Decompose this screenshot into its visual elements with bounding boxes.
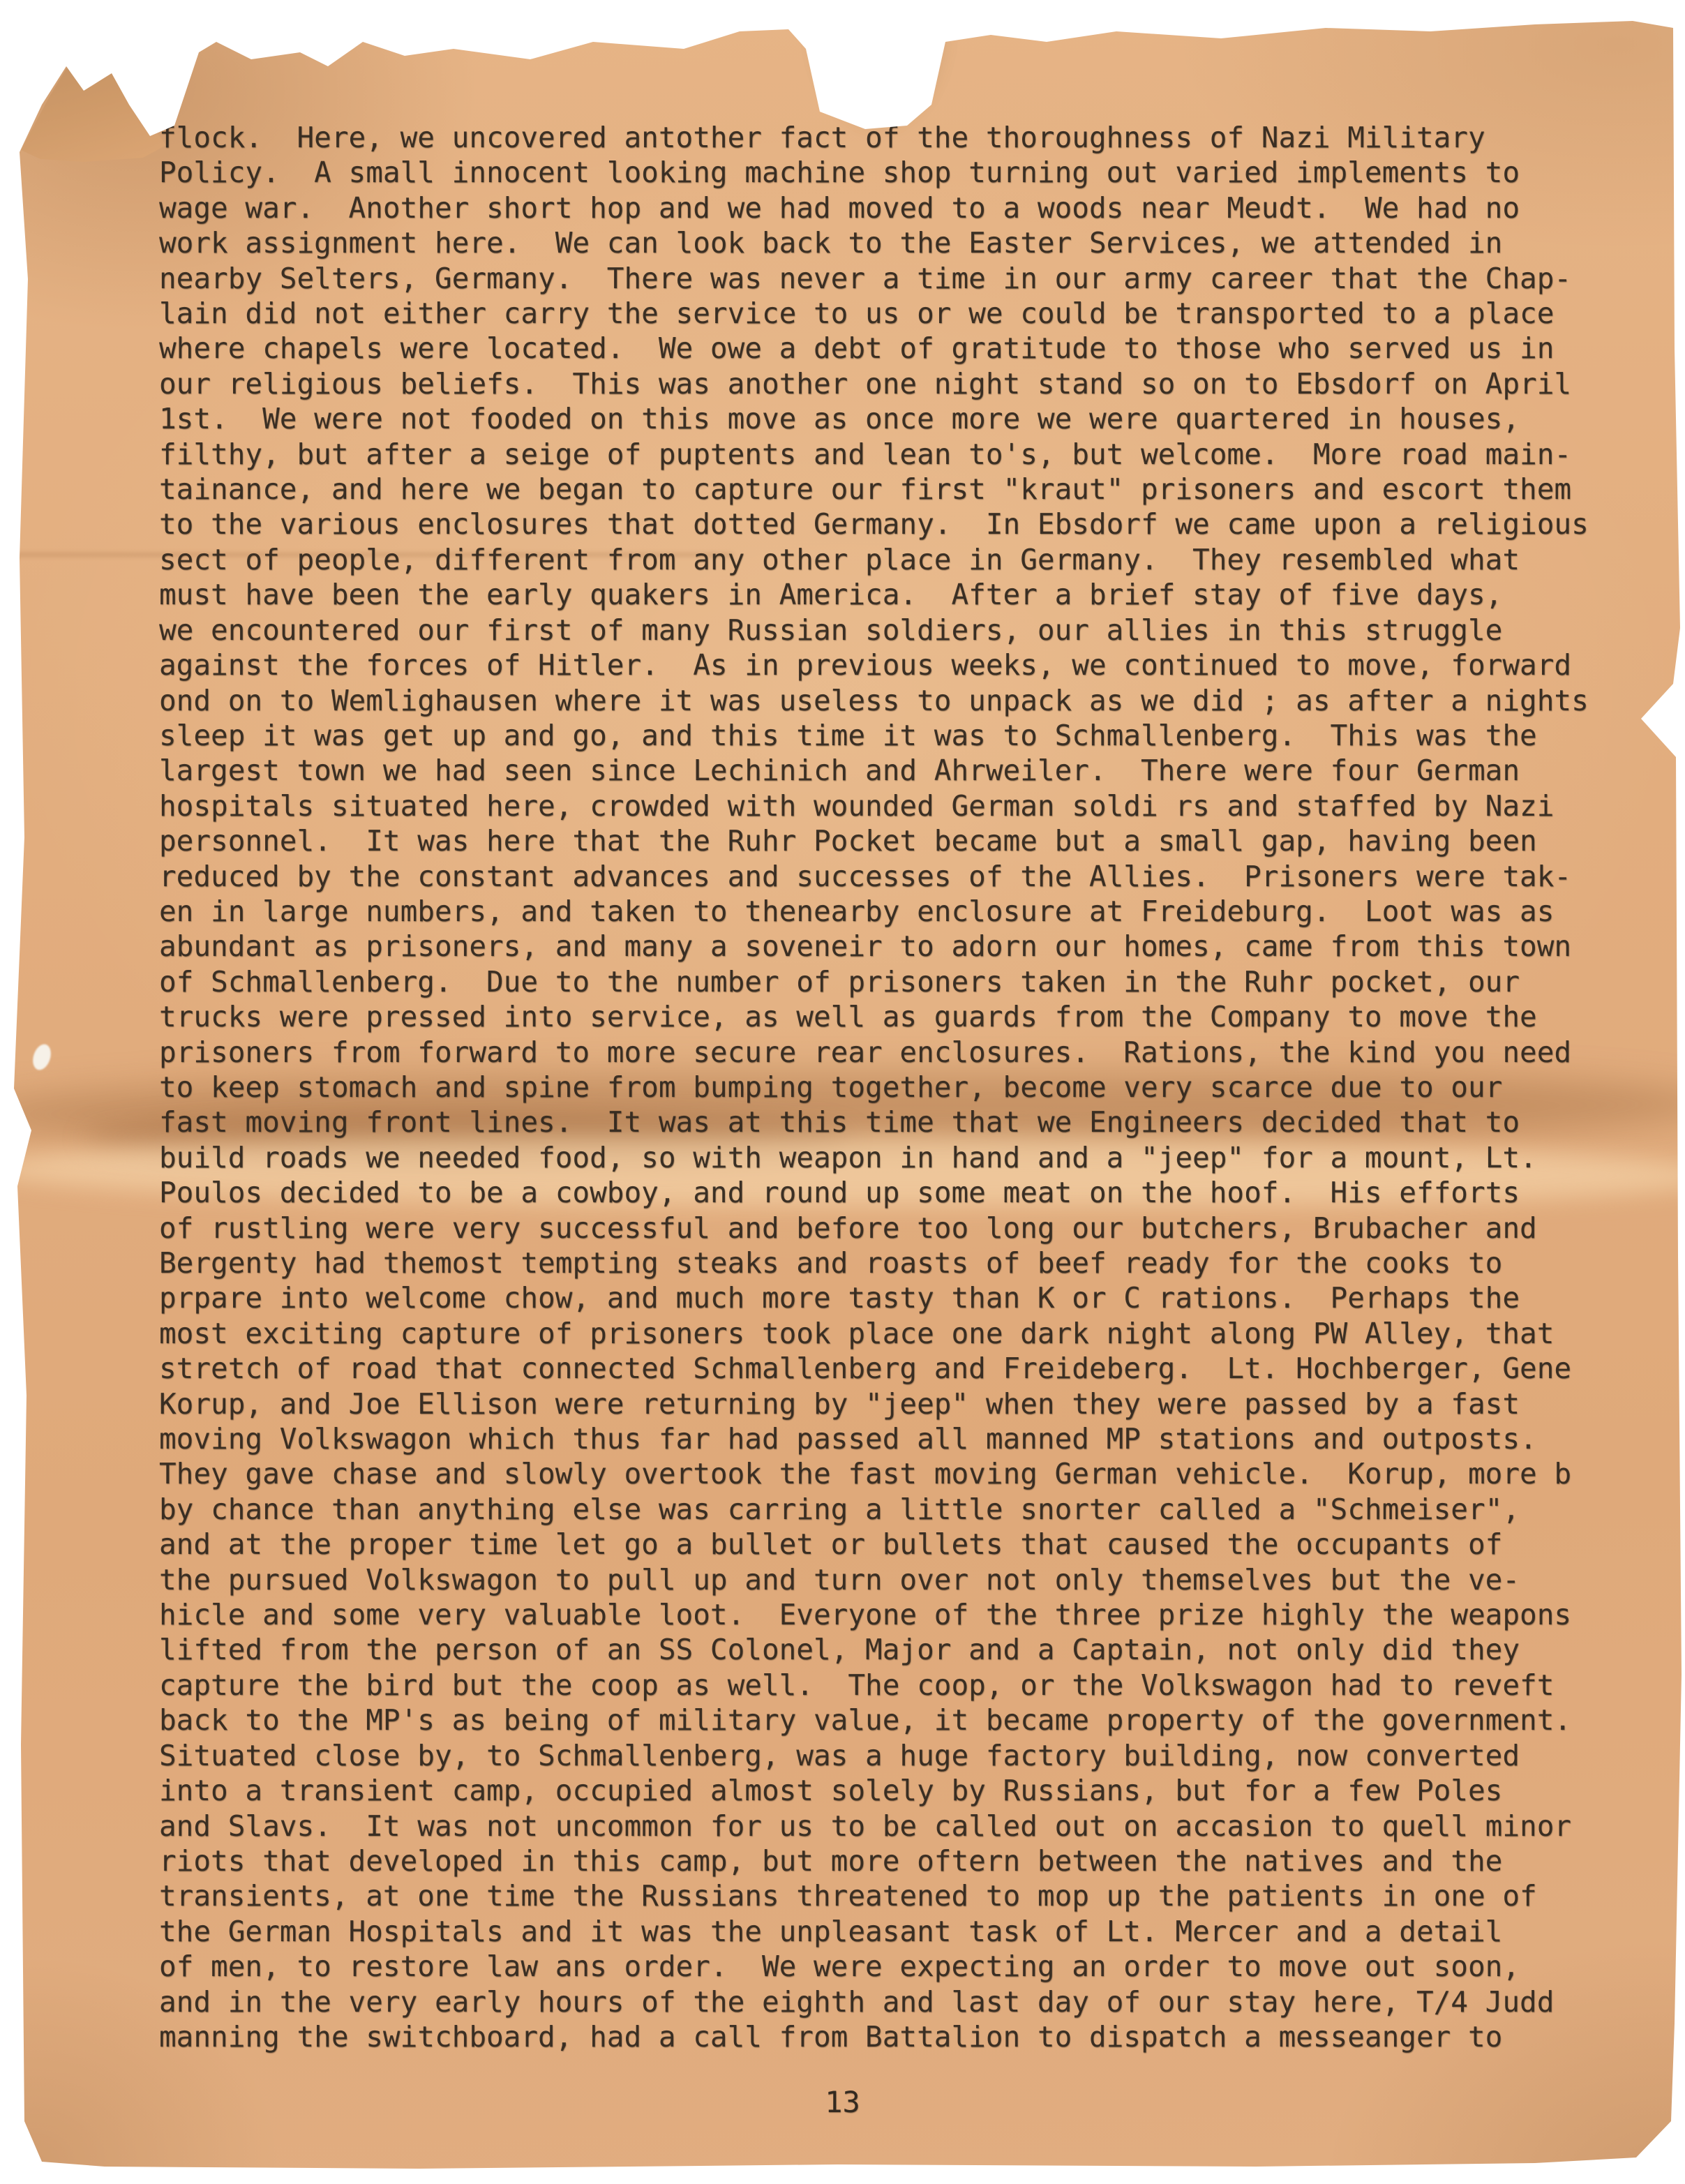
text-line: by chance than anything else was carring… <box>159 1492 1638 1527</box>
text-line: flock. Here, we uncovered antother fact … <box>159 120 1638 155</box>
text-line: Poulos decided to be a cowboy, and round… <box>159 1175 1638 1210</box>
text-line: where chapels were located. We owe a deb… <box>159 331 1638 366</box>
text-line: our religious beliefs. This was another … <box>159 366 1638 401</box>
text-line: abundant as prisoners, and many a sovene… <box>159 929 1638 964</box>
text-line: filthy, but after a seige of puptents an… <box>159 437 1638 472</box>
text-line: wage war. Another short hop and we had m… <box>159 190 1638 225</box>
text-line: and Slavs. It was not uncommon for us to… <box>159 1809 1638 1843</box>
text-line: 1st. We were not fooded on this move as … <box>159 401 1638 436</box>
text-line: trucks were pressed into service, as wel… <box>159 999 1638 1034</box>
text-line: moving Volkswagon which thus far had pas… <box>159 1421 1638 1456</box>
text-line: ond on to Wemlighausen where it was usel… <box>159 683 1638 718</box>
text-line: to keep stomach and spine from bumping t… <box>159 1070 1638 1105</box>
text-line: hicle and some very valuable loot. Every… <box>159 1597 1638 1632</box>
text-line: prisoners from forward to more secure re… <box>159 1035 1638 1070</box>
text-line: fast moving front lines. It was at this … <box>159 1105 1638 1139</box>
text-line: and in the very early hours of the eight… <box>159 1984 1638 2019</box>
text-line: sect of people, different from any other… <box>159 542 1638 577</box>
text-line: hospitals situated here, crowded with wo… <box>159 788 1638 823</box>
document-text: flock. Here, we uncovered antother fact … <box>159 120 1638 2054</box>
text-line: stretch of road that connected Schmallen… <box>159 1351 1638 1386</box>
text-line: transients, at one time the Russians thr… <box>159 1878 1638 1913</box>
text-line: of men, to restore law ans order. We wer… <box>159 1949 1638 1984</box>
text-line: prpare into welcome chow, and much more … <box>159 1280 1638 1315</box>
text-line: nearby Selters, Germany. There was never… <box>159 261 1638 296</box>
text-line: of Schmallenberg. Due to the number of p… <box>159 964 1638 999</box>
text-line: against the forces of Hitler. As in prev… <box>159 648 1638 682</box>
text-line: lifted from the person of an SS Colonel,… <box>159 1632 1638 1667</box>
text-line: into a transient camp, occupied almost s… <box>159 1773 1638 1808</box>
text-line: en in large numbers, and taken to thenea… <box>159 894 1638 929</box>
text-line: and at the proper time let go a bullet o… <box>159 1527 1638 1562</box>
text-line: capture the bird but the coop as well. T… <box>159 1668 1638 1703</box>
text-line: the German Hospitals and it was the unpl… <box>159 1914 1638 1949</box>
text-line: the pursued Volkswagon to pull up and tu… <box>159 1562 1638 1597</box>
text-line: manning the switchboard, had a call from… <box>159 2019 1638 2054</box>
text-line: Bergenty had themost tempting steaks and… <box>159 1246 1638 1280</box>
text-line: reduced by the constant advances and suc… <box>159 859 1638 894</box>
text-line: we encountered our first of many Russian… <box>159 613 1638 648</box>
text-line: to the various enclosures that dotted Ge… <box>159 507 1638 541</box>
text-line: riots that developed in this camp, but m… <box>159 1843 1638 1878</box>
page-number: 13 <box>0 2085 1685 2119</box>
text-line: Korup, and Joe Ellison were returning by… <box>159 1386 1638 1421</box>
text-line: largest town we had seen since Lechinich… <box>159 753 1638 788</box>
text-line: work assignment here. We can look back t… <box>159 225 1638 260</box>
text-line: tainance, and here we began to capture o… <box>159 472 1638 507</box>
text-line: personnel. It was here that the Ruhr Poc… <box>159 823 1638 858</box>
text-line: back to the MP's as being of military va… <box>159 1703 1638 1737</box>
text-line: most exciting capture of prisoners took … <box>159 1316 1638 1351</box>
text-line: of rustling were very successful and bef… <box>159 1211 1638 1246</box>
paper-fleck <box>30 1042 54 1072</box>
text-line: lain did not either carry the service to… <box>159 296 1638 331</box>
text-line: They gave chase and slowly overtook the … <box>159 1456 1638 1491</box>
text-line: must have been the early quakers in Amer… <box>159 577 1638 612</box>
text-line: Situated close by, to Schmallenberg, was… <box>159 1738 1638 1773</box>
text-line: Policy. A small innocent looking machine… <box>159 155 1638 190</box>
document-page: flock. Here, we uncovered antother fact … <box>0 0 1685 2184</box>
text-line: build roads we needed food, so with weap… <box>159 1140 1638 1175</box>
text-line: sleep it was get up and go, and this tim… <box>159 718 1638 753</box>
